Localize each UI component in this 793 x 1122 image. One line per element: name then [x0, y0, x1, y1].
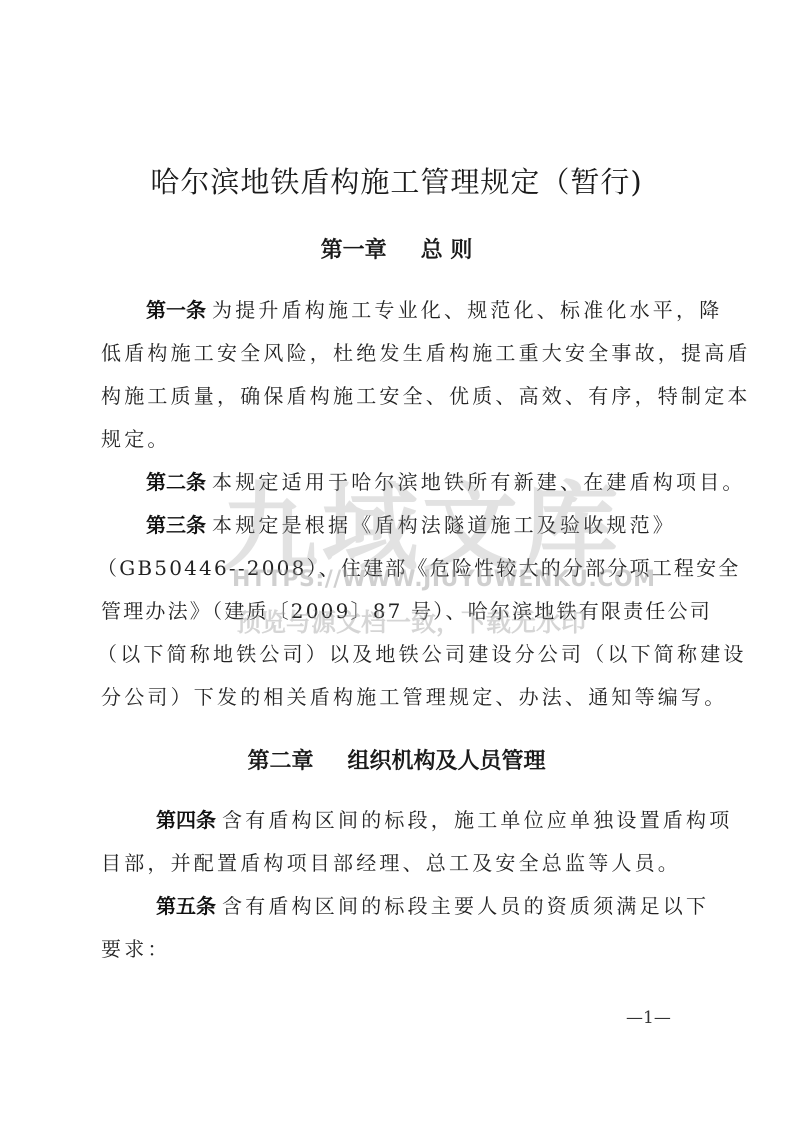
- chapter-number: 第一章: [321, 238, 387, 263]
- page-number: —1—: [626, 1008, 671, 1028]
- article-3-line-2: （GB50446--2008）、住建部《危险性较大的分部分项工程安全: [97, 556, 689, 580]
- article-text: 为提升盾构施工专业化、规范化、标准化水平，降: [212, 298, 722, 322]
- chapter-heading-2: 第二章组织机构及人员管理: [0, 744, 793, 775]
- article-text: 含有盾构区间的标段主要人员的资质须满足以下: [222, 894, 709, 918]
- article-label: 第四条: [156, 808, 216, 832]
- article-label: 第二条: [146, 470, 206, 494]
- chapter-name: 组织机构及人员管理: [348, 749, 546, 774]
- article-3-line-5: 分公司）下发的相关盾构施工管理规定、办法、通知等编写。: [101, 685, 693, 709]
- article-3-line-3: 管理办法》（建质〔2009〕87 号）、哈尔滨地铁有限责任公司: [101, 599, 693, 623]
- chapter-number: 第二章: [247, 749, 313, 774]
- article-label: 第一条: [146, 298, 206, 322]
- article-text: 本规定适用于哈尔滨地铁所有新建、在建盾构项目。: [212, 470, 746, 494]
- chapter-heading-1: 第一章总 则: [0, 233, 793, 264]
- article-2-line-1: 第二条本规定适用于哈尔滨地铁所有新建、在建盾构项目。: [146, 470, 693, 494]
- article-1-line-1: 第一条为提升盾构施工专业化、规范化、标准化水平，降: [146, 298, 693, 322]
- article-1-line-4: 规定。: [101, 427, 693, 451]
- article-3-line-1: 第三条本规定是根据《盾构法隧道施工及验收规范》: [146, 513, 693, 537]
- article-5-line-1: 第五条含有盾构区间的标段主要人员的资质须满足以下: [156, 894, 693, 918]
- article-text: 本规定是根据《盾构法隧道施工及验收规范》: [212, 513, 676, 537]
- article-5-line-2: 要求：: [101, 937, 693, 961]
- article-4-line-2: 目部，并配置盾构项目部经理、总工及安全总监等人员。: [101, 851, 693, 875]
- article-3-line-4: （以下简称地铁公司）以及地铁公司建设分公司（以下简称建设: [97, 642, 689, 666]
- article-label: 第三条: [146, 513, 206, 537]
- chapter-name: 总 则: [421, 238, 473, 263]
- article-1-line-3: 构施工质量，确保盾构施工安全、优质、高效、有序，特制定本: [101, 384, 693, 408]
- document-title: 哈尔滨地铁盾构施工管理规定（暂行): [0, 160, 793, 201]
- article-text: 含有盾构区间的标段，施工单位应单独设置盾构项: [222, 808, 732, 832]
- article-4-line-1: 第四条含有盾构区间的标段，施工单位应单独设置盾构项: [156, 808, 693, 832]
- article-1-line-2: 低盾构施工安全风险，杜绝发生盾构施工重大安全事故，提高盾: [101, 341, 693, 365]
- article-label: 第五条: [156, 894, 216, 918]
- document-page: 哈尔滨地铁盾构施工管理规定（暂行) 第一章总 则 第一条为提升盾构施工专业化、规…: [0, 0, 793, 1122]
